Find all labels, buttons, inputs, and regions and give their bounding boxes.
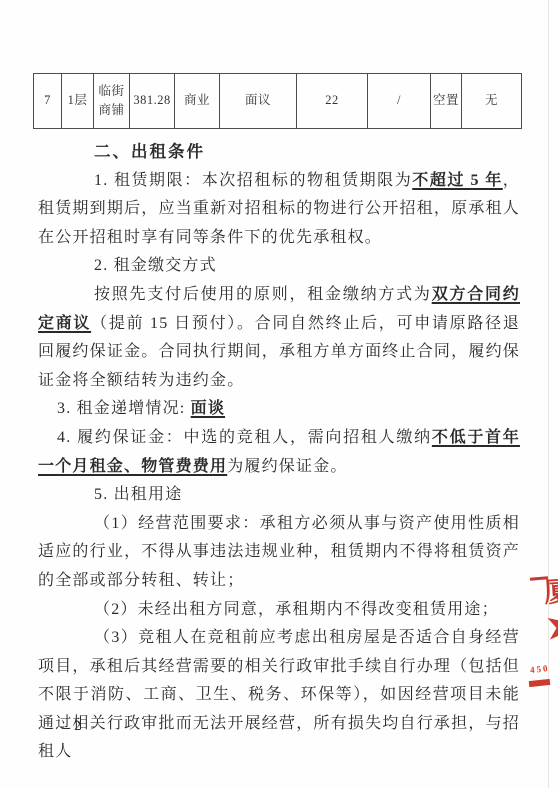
underlined-text: 面谈 <box>191 400 225 417</box>
cell-status: 空置 <box>431 74 462 129</box>
paragraph-business-scope: （1）经营范围要求：承租方必须从事与资产使用性质相适应的行业，不得从事违法违规业… <box>38 510 520 596</box>
text-run: （提前 15 日预付）。合同自然终止后，可申请原路径退回履约保证金。合同执行期间… <box>38 315 520 389</box>
text-run: 4. 履约保证金：中选的竞租人，需向招租人缴纳 <box>57 429 432 446</box>
paragraph-payment-method: 按照先支付后使用的原则，租金缴纳方式为双方合同约定商议（提前 15 日预付）。合… <box>38 281 520 395</box>
paragraph-deposit: 4. 履约保证金：中选的竞租人，需向招租人缴纳不低于首年一个月租金、物管费费用为… <box>38 424 520 481</box>
property-table: 7 1层 临街商铺 381.28 商业 面议 22 / 空置 无 <box>33 73 522 129</box>
page-number: - 2 - <box>60 719 98 735</box>
text-run: 按照先支付后使用的原则，租金缴纳方式为 <box>94 286 432 303</box>
seal-star-icon: ★ <box>538 600 558 654</box>
underlined-text: 不超过 5 年 <box>412 172 503 189</box>
paragraph-lease-term: 1. 租赁期限：本次招租标的物租赁期限为不超过 5 年，租赁期到期后，应当重新对… <box>38 167 520 253</box>
paragraph-bidder-responsibility: （3）竞租人在竞租前应考虑出租房屋是否适合自身经营项目，承租后其经营需要的相关行… <box>38 624 520 767</box>
paragraph-usage-heading: 5. 出租用途 <box>38 481 520 510</box>
cell-remark: 无 <box>462 74 522 129</box>
document-page: 7 1层 临街商铺 381.28 商业 面议 22 / 空置 无 二、出租条件 … <box>0 0 558 788</box>
cell-term: 22 <box>297 74 368 129</box>
table-row: 7 1层 临街商铺 381.28 商业 面议 22 / 空置 无 <box>34 74 522 129</box>
cell-usage: 商业 <box>175 74 220 129</box>
cell-slash: / <box>368 74 431 129</box>
text-run: 为履约保证金。 <box>227 458 347 475</box>
section-title: 二、出租条件 <box>38 138 520 167</box>
paragraph-no-change-usage: （2）未经出租方同意，承租期内不得改变租赁用途； <box>38 596 520 625</box>
cell-name: 临街商铺 <box>94 74 130 129</box>
cell-seq: 7 <box>34 74 62 129</box>
document-body: 二、出租条件 1. 租赁期限：本次招租标的物租赁期限为不超过 5 年，租赁期到期… <box>38 138 520 767</box>
text-run: 3. 租金递增情况: <box>57 400 191 417</box>
paragraph-rent-increase: 3. 租金递增情况: 面谈 <box>38 395 520 424</box>
cell-area: 381.28 <box>130 74 175 129</box>
text-run: 1. 租赁期限：本次招租标的物租赁期限为 <box>94 172 412 189</box>
cell-floor: 1层 <box>62 74 94 129</box>
seal-digits: 450 <box>529 663 549 675</box>
cell-rent: 面议 <box>220 74 297 129</box>
paragraph-payment-heading: 2. 租金缴交方式 <box>38 252 520 281</box>
